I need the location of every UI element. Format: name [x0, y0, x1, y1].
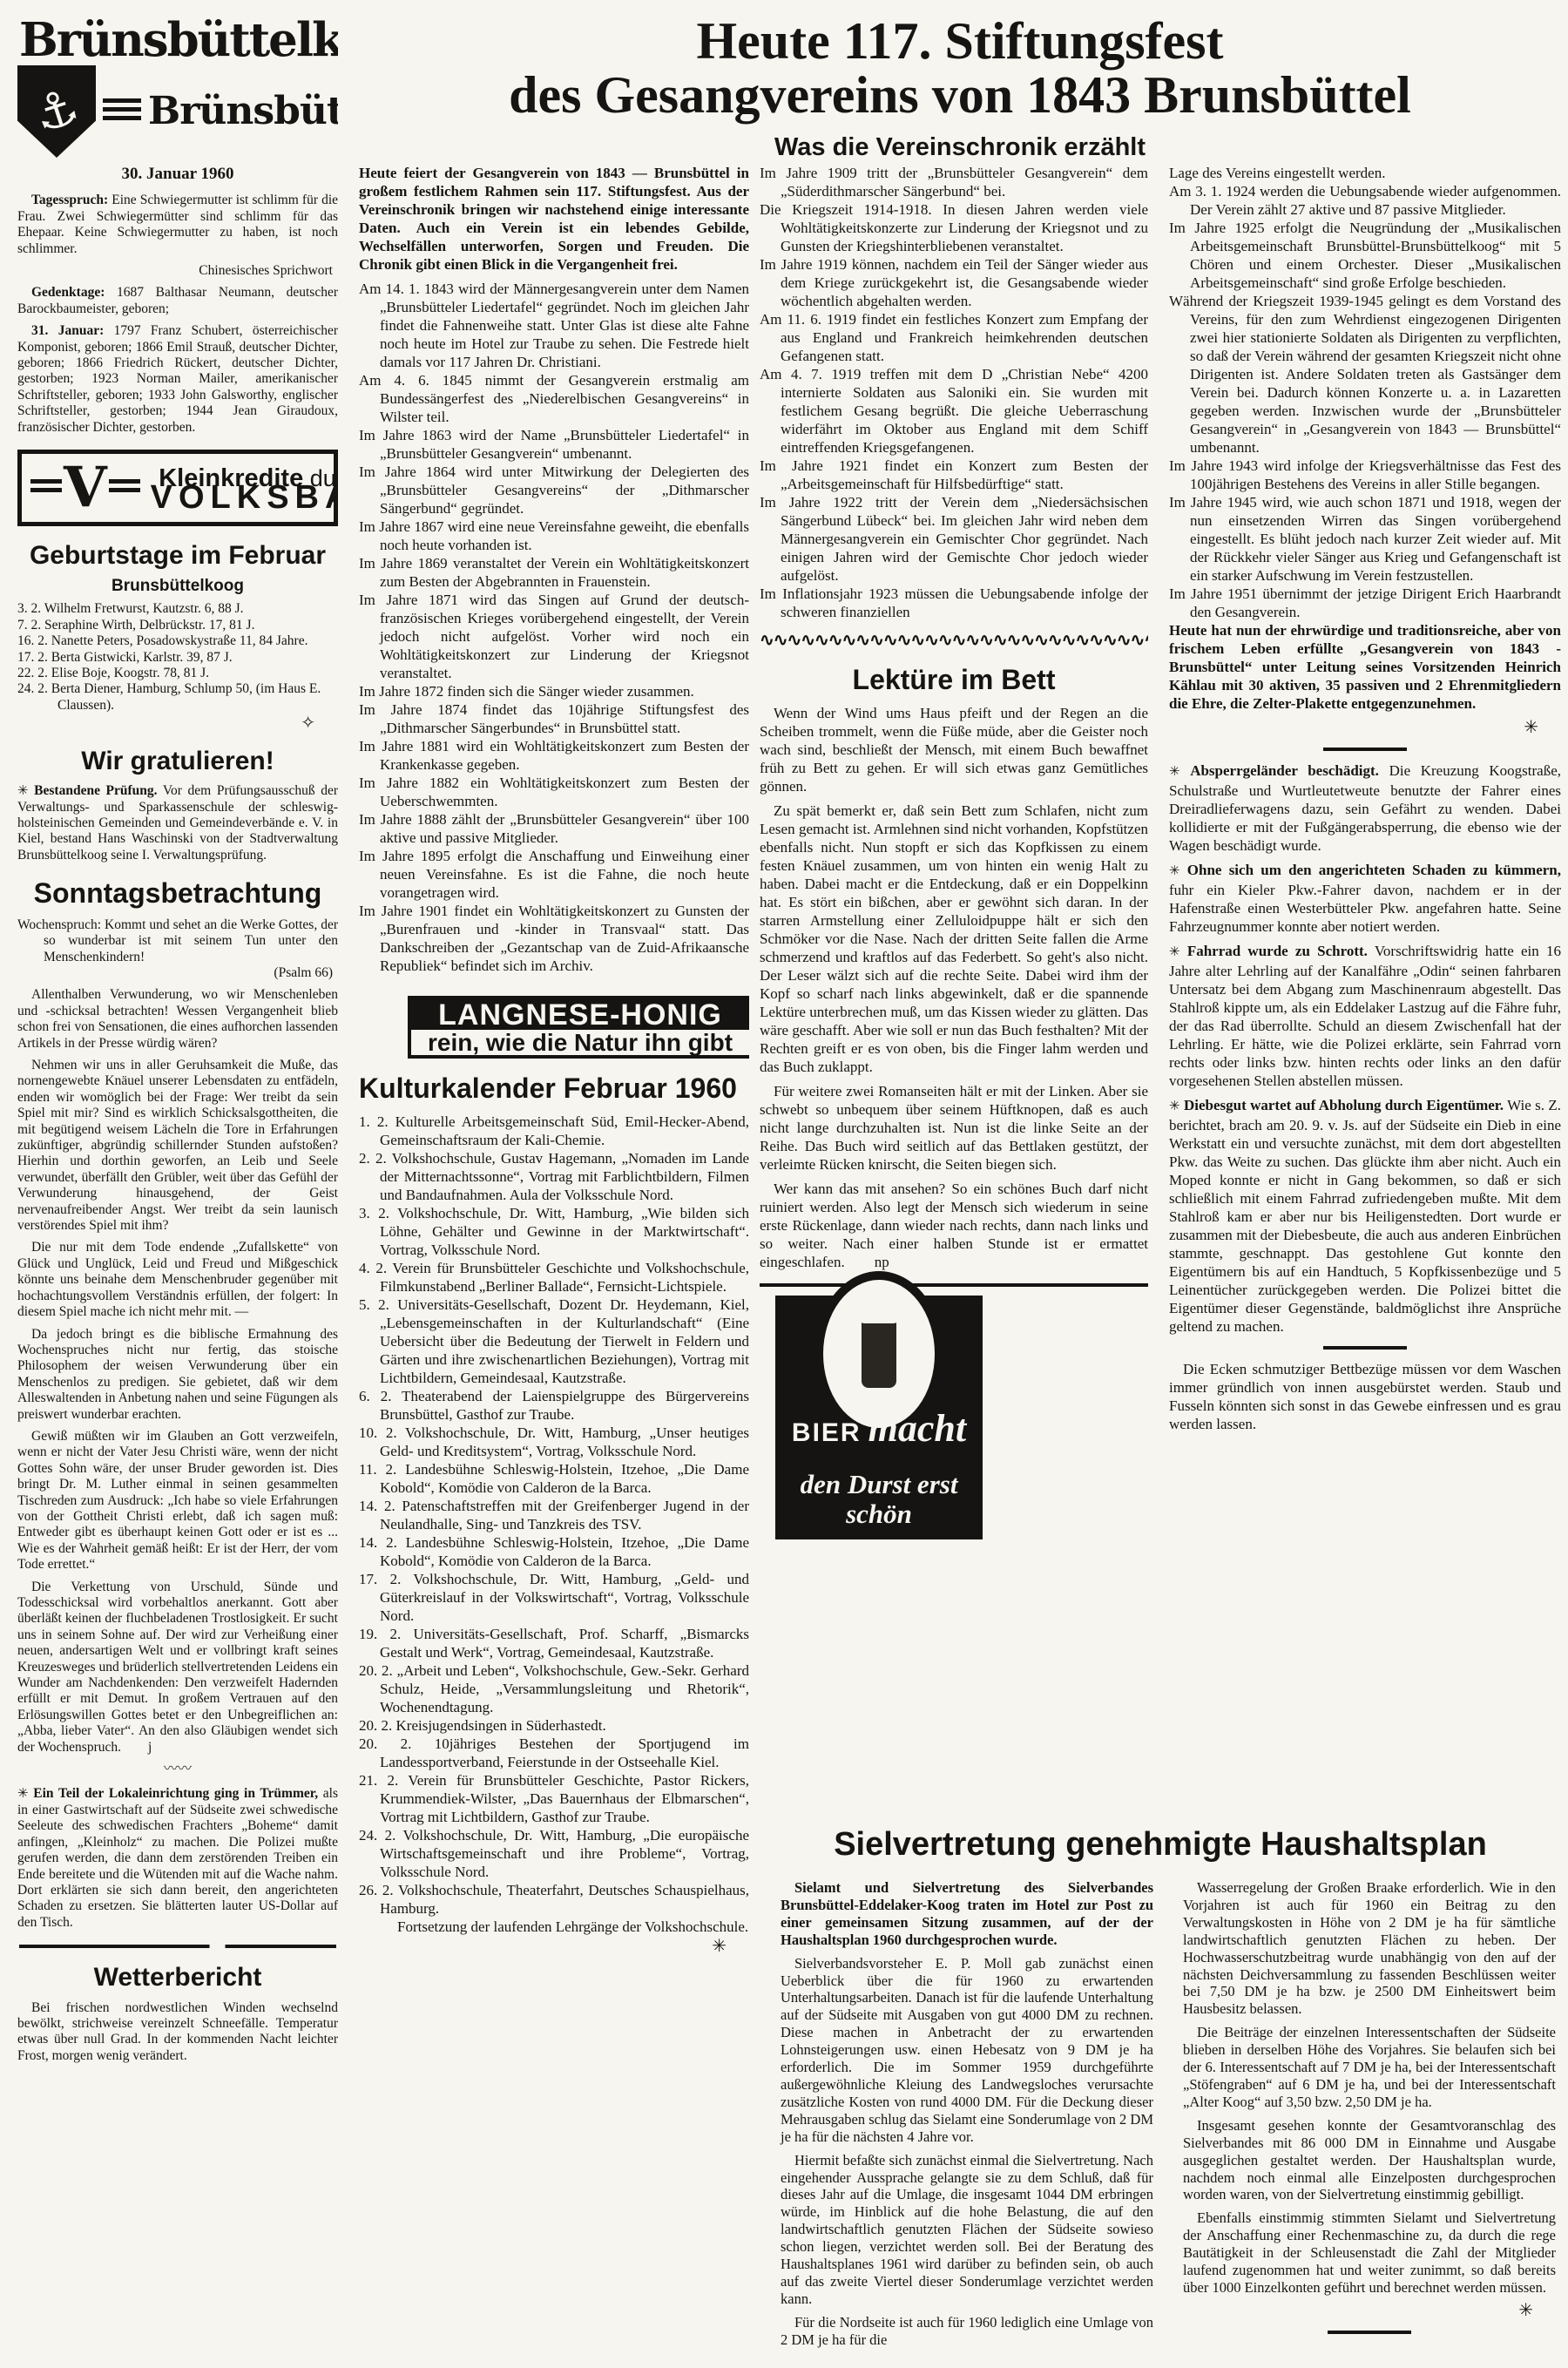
star-icon: ✳: [1169, 864, 1180, 878]
wing-left-icon: [30, 479, 62, 497]
bottom-article-left-paragraphs: Sielverbandsvorsteher E. P. Moll gab zun…: [781, 1955, 1153, 2349]
bier-ad-word1: BIER: [792, 1424, 862, 1442]
sonntag-paragraphs: Allenthalben Verwunderung, wo wir Mensch…: [17, 987, 338, 1756]
bottom-article-paragraph: Wasserregelung der Großen Braake erforde…: [1183, 1879, 1556, 2018]
issue-date: 30. Januar 1960: [17, 166, 338, 182]
flourish-left-icon: [103, 98, 141, 125]
birthdays-heading: Geburtstage im Februar: [17, 542, 338, 570]
wochenspruch-label: Wochenspruch:: [17, 917, 101, 932]
kultur-entry: 4. 2. Verein für Brunsbütteler Geschicht…: [359, 1259, 749, 1296]
chronicle-entry: Am 4. 6. 1845 nimmt der Gesangverein ers…: [359, 371, 749, 426]
chronicle-entry: Im Jahre 1925 erfolgt die Neugründung de…: [1169, 219, 1561, 292]
wetter-heading: Wetterbericht: [17, 1964, 338, 1992]
bottom-article: Sielvertretung genehmigte Haushaltsplan …: [760, 1814, 1561, 2365]
boheme-lead: Ein Teil der Lokaleinrichtung ging in Tr…: [33, 1786, 318, 1801]
short-divider: [1328, 2331, 1411, 2334]
masthead-row: ⚓ Brünsbüttel: [17, 65, 338, 158]
chronicle-entry: Im Jahre 1867 wird eine neue Vereinsfahn…: [359, 518, 749, 554]
birthday-entry: 24. 2. Berta Diener, Hamburg, Schlump 50…: [17, 681, 338, 714]
news-text: fuhr ein Kieler Pkw.-Fahrer davon, nachd…: [1169, 882, 1561, 935]
gratulieren-lead: Bestandene Prüfung.: [34, 783, 157, 798]
chronicle-list-1: Am 14. 1. 1843 wird der Männergesangvere…: [359, 280, 749, 975]
chronicle-entry: Im Jahre 1882 ein Wohltätigkeitskonzert …: [359, 774, 749, 810]
birthdays-list: 3. 2. Wilhelm Fretwurst, Kautzstr. 6, 88…: [17, 601, 338, 714]
birthday-entry: 22. 2. Elise Boje, Koogstr. 78, 81 J.: [17, 666, 338, 681]
chronicle-entry: Im Jahre 1951 übernimmt der jetzige Diri…: [1169, 585, 1561, 621]
tagesspruch-attribution: Chinesisches Sprichwort: [17, 263, 333, 279]
lektuere-paragraph: Wer kann das mit ansehen? So ein schönes…: [760, 1180, 1148, 1271]
chronicle-entry: Am 3. 1. 1924 werden die Uebungsabende w…: [1169, 182, 1561, 219]
local-news-list: ✳ Absperrgeländer beschädigt. Die Kreuzu…: [1169, 761, 1561, 1336]
lektuere-paragraph: Für weitere zwei Romanseiten hält er mit…: [760, 1082, 1148, 1174]
bottom-article-paragraph: Sielverbandsvorsteher E. P. Moll gab zun…: [781, 1955, 1153, 2146]
chronicle-entry: Während der Kriegszeit 1939-1945 gelingt…: [1169, 292, 1561, 457]
boheme-paragraph: ✳ Ein Teil der Lokaleinrichtung ging in …: [17, 1786, 338, 1931]
anchor-icon: ⚓: [33, 97, 79, 125]
kultur-entry: 20. 2. „Arbeit und Leben“, Volkshochschu…: [359, 1661, 749, 1716]
chronicle-entry: Die Kriegszeit 1914-1918. In diesen Jahr…: [760, 200, 1148, 255]
sonntag-paragraph: Die nur mit dem Tode endende „Zufallsket…: [17, 1240, 338, 1320]
section-divider: [19, 1945, 336, 1948]
kultur-heading: Kulturkalender Februar 1960: [359, 1074, 749, 1104]
wochenspruch-attribution: (Psalm 66): [17, 965, 333, 981]
chronicle-entry: Im Jahre 1919 können, nachdem ein Teil d…: [760, 255, 1148, 310]
chronicle-entry: Im Inflationsjahr 1923 müssen die Uebung…: [760, 585, 1148, 621]
star-icon: ✳: [1169, 719, 1538, 737]
kultur-entry: 17. 2. Volkshochschule, Dr. Witt, Hambur…: [359, 1570, 749, 1625]
chronicle-entry: Im Jahre 1872 finden sich die Sänger wie…: [359, 682, 749, 700]
sonntag-paragraph: Die Verkettung von Urschuld, Sünde und T…: [17, 1580, 338, 1756]
beer-glass-icon: [862, 1320, 896, 1388]
masthead-title-top: Brünsbüttelkoog: [19, 17, 338, 64]
lektuere-paragraphs: Wenn der Wind ums Haus pfeift und der Re…: [760, 704, 1148, 1271]
chronicle-entry: Im Jahre 1895 erfolgt die Anschaffung un…: [359, 847, 749, 902]
sonntag-paragraph: Da jedoch bringt es die biblische Ermahn…: [17, 1327, 338, 1423]
chronicle-closing: Heute hat nun der ehrwürdige und traditi…: [1169, 621, 1561, 713]
bier-ad-line1: BIERmacht: [775, 1419, 983, 1445]
news-lead: Diebesgut wartet auf Abholung durch Eige…: [1184, 1097, 1504, 1113]
chronicle-entry: Im Jahre 1909 tritt der „Brunsbütteler G…: [760, 164, 1148, 200]
bottom-article-paragraph: Für die Nordseite ist auch für 1960 ledi…: [781, 2314, 1153, 2349]
news-lead: Absperrgeländer beschädigt.: [1190, 762, 1379, 779]
sonntag-paragraph: Nehmen wir uns in aller Geruhsamkeit die…: [17, 1058, 338, 1234]
tagesspruch-paragraph: Tagesspruch: Eine Schwiegermutter ist sc…: [17, 193, 338, 257]
kultur-entry: 6. 2. Theaterabend der Laienspielgruppe …: [359, 1387, 749, 1424]
bier-ad-line2: den Durst erst schön: [775, 1470, 983, 1529]
news-text: Wie s. Z. berichtet, brach am 20. 9. v. …: [1169, 1097, 1561, 1335]
chronicle-list-2: Im Jahre 1909 tritt der „Brunsbütteler G…: [760, 164, 1148, 621]
gedenktage-paragraph: Gedenktage: 1687 Balthasar Neumann, deut…: [17, 285, 338, 317]
main-headline-block: Heute 117. Stiftungsfest des Gesangverei…: [357, 14, 1563, 164]
gedenktage-label: Gedenktage:: [31, 285, 105, 300]
chronicle-entry: Im Jahre 1921 findet ein Konzert zum Bes…: [760, 457, 1148, 493]
town-crest-icon: ⚓: [17, 65, 96, 158]
star-icon: ✳: [17, 1787, 29, 1801]
chronicle-entry: Am 4. 7. 1919 treffen mit dem D „Christi…: [760, 365, 1148, 457]
kultur-entry: 5. 2. Universitäts-Gesellschaft, Dozent …: [359, 1296, 749, 1387]
chronicle-entry: Im Jahre 1943 wird infolge der Kriegsver…: [1169, 457, 1561, 493]
kultur-list: 1. 2. Kulturelle Arbeitsgemeinschaft Süd…: [359, 1113, 749, 1918]
kultur-entry: 21. 2. Verein für Brunsbütteler Geschich…: [359, 1771, 749, 1826]
sonntag-paragraph: Allenthalben Verwunderung, wo wir Mensch…: [17, 987, 338, 1052]
bottom-article-col-left: Sielamt und Sielvertretung des Sielverba…: [781, 1879, 1153, 2355]
column-left: Brünsbüttelkoog ⚓ Brünsbüttel 30. Januar…: [17, 12, 338, 2365]
chronicle-entry: Im Jahre 1871 wird das Singen auf Grund …: [359, 591, 749, 682]
boheme-text: als in einer Gastwirtschaft auf der Süds…: [17, 1786, 338, 1929]
bier-ad-word2: macht: [868, 1419, 966, 1438]
news-paragraph: ✳ Ohne sich um den angerichteten Schaden…: [1169, 861, 1561, 936]
langnese-ad-line2: rein, wie die Natur ihn gibt: [411, 1030, 749, 1055]
bottom-article-paragraph: Die Beiträge der einzelnen Interessentsc…: [1183, 2024, 1556, 2111]
column-4: Lage des Vereins eingestellt werden.Am 3…: [1169, 164, 1561, 1810]
masthead-title-bottom: Brünsbüttel: [148, 104, 338, 119]
langnese-ad: LANGNESE-HONIG rein, wie die Natur ihn g…: [408, 996, 749, 1059]
chronicle-intro: Heute feiert der Gesangverein von 1843 —…: [359, 164, 749, 274]
birthday-entry: 7. 2. Seraphine Wirth, Delbrückstr. 17, …: [17, 618, 338, 633]
column-2: Heute feiert der Gesangverein von 1843 —…: [359, 164, 749, 2365]
volksbank-ad-line2: VOLKSBANK: [151, 490, 338, 505]
squiggle-divider: 〰〰: [17, 1762, 338, 1777]
volksbank-v: V: [64, 464, 107, 511]
kultur-entry: 26. 2. Volkshochschule, Theaterfahrt, De…: [359, 1881, 749, 1918]
kultur-entry: 2. 2. Volkshochschule, Gustav Hagemann, …: [359, 1149, 749, 1204]
chronicle-list-3: Lage des Vereins eingestellt werden.Am 3…: [1169, 164, 1561, 621]
chronicle-entry: Im Jahre 1874 findet das 10jährige Stift…: [359, 700, 749, 737]
wing-right-icon: [109, 479, 140, 497]
chronicle-entry: Im Jahre 1901 findet ein Wohltätigkeitsk…: [359, 902, 749, 975]
birthday-entry: 16. 2. Nanette Peters, Posadowskystraße …: [17, 633, 338, 649]
newspaper-page: Brünsbüttelkoog ⚓ Brünsbüttel 30. Januar…: [0, 0, 1568, 2368]
jan31-text: 1797 Franz Schubert, österreichischer Ko…: [17, 323, 338, 434]
bottom-article-col-right: Wasserregelung der Großen Braake erforde…: [1183, 1879, 1556, 2355]
lektuere-paragraph: Wenn der Wind ums Haus pfeift und der Re…: [760, 704, 1148, 795]
star-icon: ✳: [1169, 1099, 1180, 1113]
volksbank-ad: V Kleinkredite durch die VOLKSBANK: [17, 450, 338, 526]
bottom-article-lead: Sielamt und Sielvertretung des Sielverba…: [781, 1879, 1153, 1949]
main-headline-line2: des Gesangvereins von 1843 Brunsbüttel: [357, 68, 1563, 122]
kultur-entry: 14. 2. Landesbühne Schleswig-Holstein, I…: [359, 1533, 749, 1570]
bier-ad: BIERmacht den Durst erst schön: [775, 1296, 983, 1539]
gratulieren-paragraph: ✳ Bestandene Prüfung. Vor dem Prüfungsau…: [17, 783, 338, 863]
main-headline-subhead: Was die Vereinschronik erzählt: [357, 133, 1563, 162]
chronicle-entry: Am 11. 6. 1919 findet ein festliches Kon…: [760, 310, 1148, 365]
kultur-entry: 14. 2. Patenschaftstreffen mit der Greif…: [359, 1497, 749, 1533]
kultur-entry: 19. 2. Universitäts-Gesellschaft, Prof. …: [359, 1625, 749, 1661]
news-paragraph: ✳ Fahrrad wurde zu Schrott. Vorschriftsw…: [1169, 942, 1561, 1090]
kultur-entry: 20. 2. 10jähriges Bestehen der Sportjuge…: [359, 1735, 749, 1771]
main-headline-line1: Heute 117. Stiftungsfest: [357, 14, 1563, 68]
gratulieren-heading: Wir gratulieren!: [17, 748, 338, 775]
birthday-entry: 17. 2. Berta Gistwicki, Karlstr. 39, 87 …: [17, 650, 338, 666]
langnese-ad-line1: LANGNESE-HONIG: [411, 999, 749, 1030]
star-icon: ✳: [17, 784, 29, 798]
bottom-article-headline: Sielvertretung genehmigte Haushaltsplan: [760, 1826, 1561, 1864]
chronicle-entry: Im Jahre 1922 tritt der Verein dem „Nied…: [760, 493, 1148, 585]
news-text: Vorschriftswidrig hatte ein 16 Jahre alt…: [1169, 943, 1561, 1089]
bottom-article-paragraph: Hiermit befaßte sich zunächst einmal die…: [781, 2152, 1153, 2308]
star-icon: ✳: [1183, 2303, 1533, 2320]
chronicle-entry: Im Jahre 1864 wird unter Mitwirkung der …: [359, 463, 749, 518]
news-lead: Ohne sich um den angerichteten Schaden z…: [1187, 862, 1561, 878]
kultur-entry: 20. 2. Kreisjugendsingen in Süderhastedt…: [359, 1716, 749, 1735]
lektuere-heading: Lektüre im Bett: [760, 666, 1148, 695]
news-paragraph: ✳ Diebesgut wartet auf Abholung durch Ei…: [1169, 1096, 1561, 1336]
bottom-article-right-paragraphs: Wasserregelung der Großen Braake erforde…: [1183, 1879, 1556, 2297]
sonntag-paragraph: Gewiß müßten wir im Glauben an Gott verz…: [17, 1429, 338, 1573]
kultur-entry: 11. 2. Landesbühne Schleswig-Holstein, I…: [359, 1460, 749, 1497]
beer-foam-icon: [857, 1308, 901, 1323]
kultur-entry: 24. 2. Volkshochschule, Dr. Witt, Hambur…: [359, 1826, 749, 1881]
chronicle-entry: Im Jahre 1863 wird der Name „Brunsbüttel…: [359, 426, 749, 463]
tagesspruch-label: Tagesspruch:: [31, 193, 108, 207]
birthday-entry: 3. 2. Wilhelm Fretwurst, Kautzstr. 6, 88…: [17, 601, 338, 617]
ad-divider: [760, 1283, 1148, 1287]
sonntag-heading: Sonntagsbetrachtung: [17, 879, 338, 909]
masthead: Brünsbüttelkoog ⚓ Brünsbüttel: [17, 17, 338, 158]
short-divider: [1323, 1346, 1407, 1350]
kultur-entry: 10. 2. Volkshochschule, Dr. Witt, Hambur…: [359, 1424, 749, 1460]
chronicle-entry: Im Jahre 1945 wird, wie auch schon 1871 …: [1169, 493, 1561, 585]
kultur-note: Fortsetzung der laufenden Lehrgänge der …: [359, 1918, 749, 1936]
news-paragraph: ✳ Absperrgeländer beschädigt. Die Kreuzu…: [1169, 761, 1561, 855]
chronicle-entry: Im Jahre 1881 wird ein Wohltätigkeitskon…: [359, 737, 749, 774]
chronicle-entry: Im Jahre 1888 zählt der „Brunsbütteler G…: [359, 810, 749, 847]
short-divider: [1323, 748, 1407, 751]
lektuere-paragraph: Zu spät bemerkt er, daß sein Bett zum Sc…: [760, 802, 1148, 1076]
column-3: Im Jahre 1909 tritt der „Brunsbütteler G…: [760, 164, 1148, 1810]
jan31-paragraph: 31. Januar: 1797 Franz Schubert, österre…: [17, 323, 338, 436]
kultur-entry: 1. 2. Kulturelle Arbeitsgemeinschaft Süd…: [359, 1113, 749, 1149]
wavy-divider: ∿∿∿∿∿∿∿∿∿∿∿∿∿∿∿∿∿∿∿∿∿∿∿∿∿∿∿∿∿∿∿∿∿∿∿∿∿∿: [760, 632, 1148, 650]
star-outline-icon: ✧: [17, 715, 315, 731]
star-icon: ✳: [359, 1938, 727, 1956]
birthdays-subheading: Brunsbüttelkoog: [17, 578, 338, 594]
chronicle-entry: Lage des Vereins eingestellt werden.: [1169, 164, 1561, 182]
jan31-label: 31. Januar:: [31, 323, 104, 338]
wetter-text: Bei frischen nordwestlichen Winden wechs…: [17, 2000, 338, 2065]
household-tip: Die Ecken schmutziger Bettbezüge müssen …: [1169, 1360, 1561, 1433]
news-lead: Fahrrad wurde zu Schrott.: [1187, 943, 1368, 959]
chronicle-entry: Am 14. 1. 1843 wird der Männergesangvere…: [359, 280, 749, 371]
star-icon: ✳: [1169, 765, 1180, 779]
volksbank-logo-icon: V: [30, 464, 140, 511]
wochenspruch: Wochenspruch: Kommt und sehet an die Wer…: [17, 917, 338, 965]
bottom-article-paragraph: Insgesamt gesehen konnte der Gesamtvoran…: [1183, 2117, 1556, 2204]
bottom-article-paragraph: Ebenfalls einstimmig stimmten Sielamt un…: [1183, 2209, 1556, 2297]
star-icon: ✳: [1169, 945, 1180, 959]
chronicle-entry: Im Jahre 1869 veranstaltet der Verein ei…: [359, 554, 749, 591]
kultur-entry: 3. 2. Volkshochschule, Dr. Witt, Hamburg…: [359, 1204, 749, 1259]
